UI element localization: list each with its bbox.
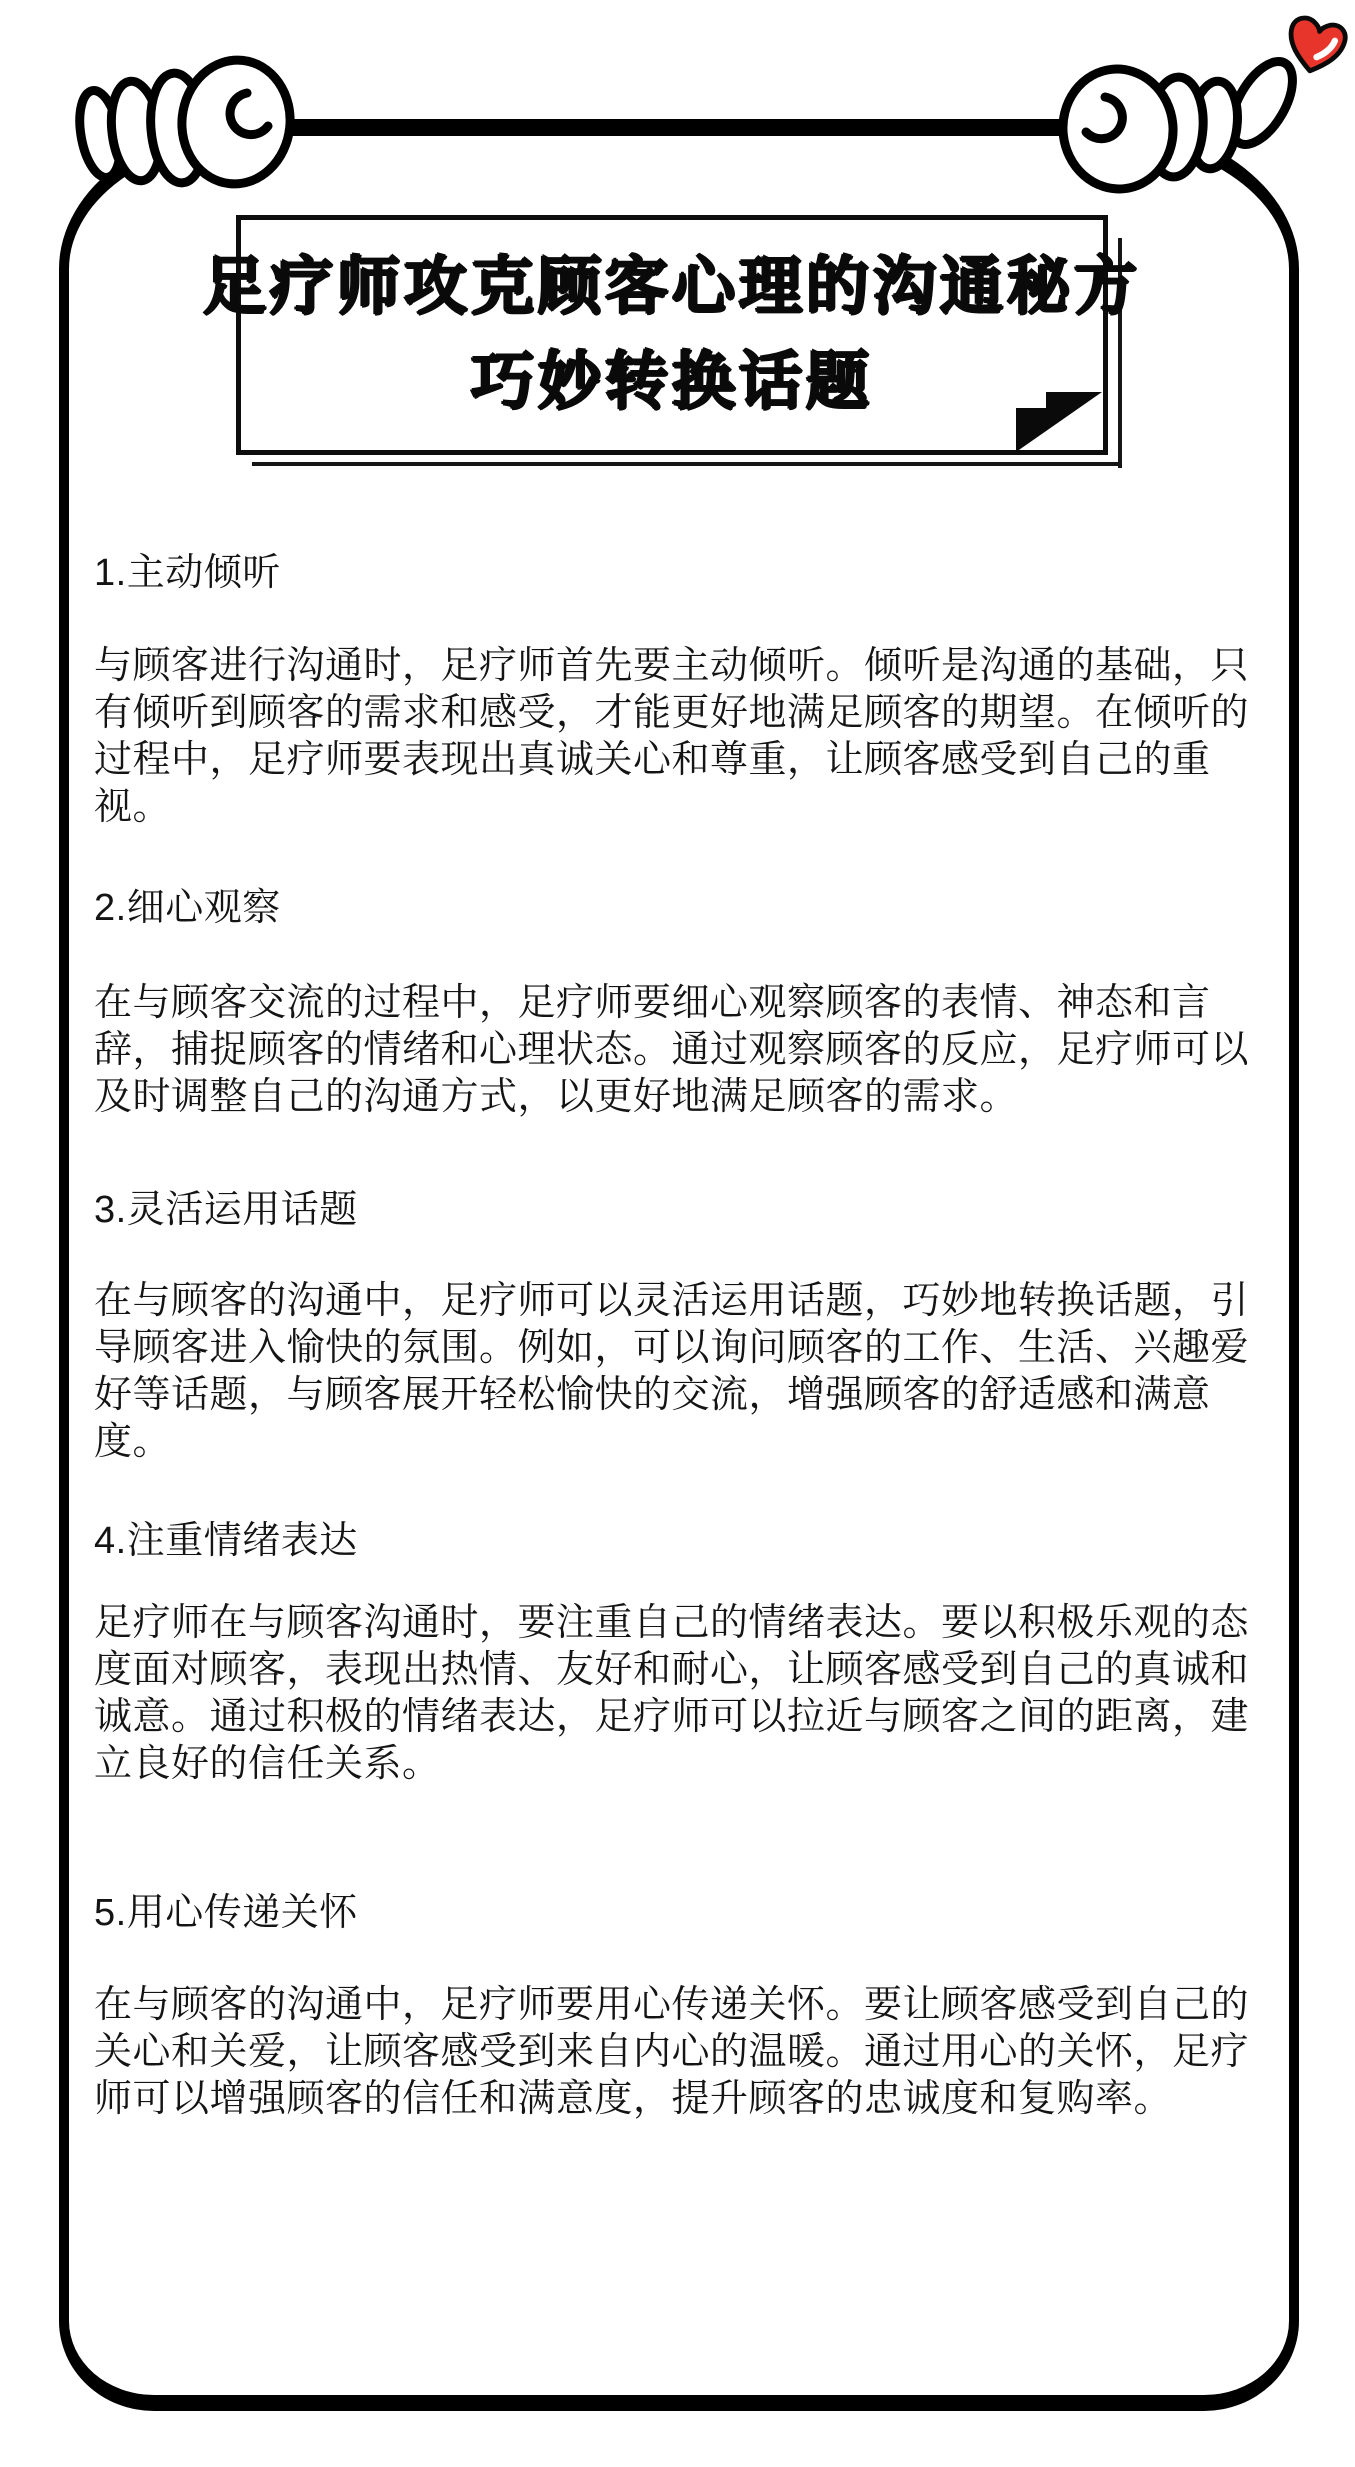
section-body-5: 在与顾客的沟通中，足疗师要用心传递关怀。要让顾客感受到自己的关心和关爱，让顾客感… xyxy=(94,1982,1266,2123)
section-heading-2: 2.细心观察 xyxy=(94,885,1266,932)
section-heading-3: 3.灵活运用话题 xyxy=(94,1187,1266,1234)
heart-icon xyxy=(1284,12,1348,80)
right-fist-illustration xyxy=(1000,18,1325,243)
poster-title-line1: 足疗师攻克顾客心理的沟通秘方 xyxy=(203,240,1141,335)
title-box-shadow-bottom xyxy=(252,462,1122,466)
section-body-1: 与顾客进行沟通时，足疗师首先要主动倾听。倾听是沟通的基础，只有倾听到顾客的需求和… xyxy=(94,643,1266,831)
left-fist-illustration xyxy=(68,42,368,242)
section-body-2: 在与顾客交流的过程中，足疗师要细心观察顾客的表情、神态和言辞，捕捉顾客的情绪和心… xyxy=(94,980,1266,1121)
section-heading-5: 5.用心传递关怀 xyxy=(94,1890,1266,1937)
section-body-3: 在与顾客的沟通中，足疗师可以灵活运用话题，巧妙地转换话题，引导顾客进入愉快的氛围… xyxy=(94,1278,1266,1466)
section-heading-4: 4.注重情绪表达 xyxy=(94,1518,1266,1565)
section-heading-1: 1.主动倾听 xyxy=(94,550,1266,597)
page-fold-corner-icon xyxy=(1012,388,1106,454)
title-box: 足疗师攻克顾客心理的沟通秘方 巧妙转换话题 xyxy=(236,215,1108,455)
poster-title-line2: 巧妙转换话题 xyxy=(471,335,873,430)
poster-canvas: 足疗师攻克顾客心理的沟通秘方 巧妙转换话题 1.主动倾听 与顾客进行沟通时，足疗… xyxy=(0,0,1355,2467)
section-body-4: 足疗师在与顾客沟通时，要注重自己的情绪表达。要以积极乐观的态度面对顾客，表现出热… xyxy=(94,1600,1266,1788)
